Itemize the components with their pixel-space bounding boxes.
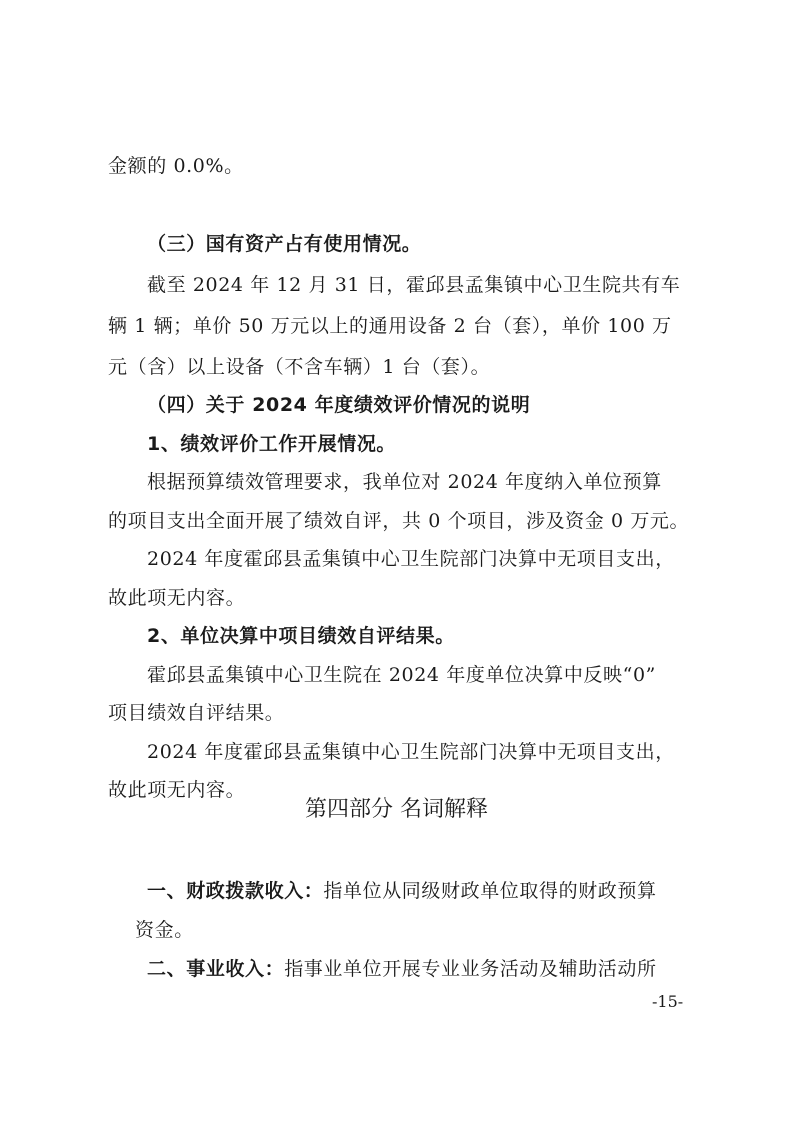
term-definition: 指单位从同级财政单位取得的财政预算 <box>323 880 656 902</box>
subsection-heading-performance: （四）关于 2024 年度绩效评价情况的说明 <box>147 393 530 417</box>
definition-fiscal-appropriation: 一、财政拨款收入：指单位从同级财政单位取得的财政预算 <box>147 879 657 903</box>
section-heading: 第四部分 名词解释 <box>0 796 793 824</box>
paragraph-line: 根据预算绩效管理要求，我单位对 2024 年度纳入单位预算 <box>147 470 662 494</box>
paragraph-line: 截至 2024 年 12 月 31 日，霍邱县孟集镇中心卫生院共有车 <box>147 273 680 297</box>
paragraph-line: 霍邱县孟集镇中心卫生院在 2024 年度单位决算中反映“0” <box>147 663 656 687</box>
paragraph-line: 资金。 <box>135 918 194 942</box>
paragraph-line: 2024 年度霍邱县孟集镇中心卫生院部门决算中无项目支出， <box>147 740 675 764</box>
page-number: -15- <box>652 992 683 1012</box>
term-label: 一、财政拨款收入： <box>147 880 323 902</box>
paragraph-line: 金额的 0.0%。 <box>108 154 244 178</box>
paragraph-line: 2024 年度霍邱县孟集镇中心卫生院部门决算中无项目支出， <box>147 547 675 571</box>
item-heading-1: 1、绩效评价工作开展情况。 <box>147 432 396 456</box>
paragraph-line: 的项目支出全面开展了绩效自评，共 0 个项目，涉及资金 0 万元。 <box>108 509 689 533</box>
subsection-heading-assets: （三）国有资产占有使用情况。 <box>147 232 421 256</box>
paragraph-line: 项目绩效自评结果。 <box>108 701 284 725</box>
paragraph-line: 元（含）以上设备（不含车辆）1 台（套）。 <box>108 355 490 379</box>
term-label: 二、事业收入： <box>147 958 284 980</box>
term-definition: 指事业单位开展专业业务活动及辅助活动所 <box>284 958 656 980</box>
paragraph-line: 故此项无内容。 <box>108 586 245 610</box>
item-heading-2: 2、单位决算中项目绩效自评结果。 <box>147 624 455 648</box>
paragraph-line: 辆 1 辆；单价 50 万元以上的通用设备 2 台（套），单价 100 万 <box>108 314 672 338</box>
definition-business-income: 二、事业收入：指事业单位开展专业业务活动及辅助活动所 <box>147 957 657 981</box>
